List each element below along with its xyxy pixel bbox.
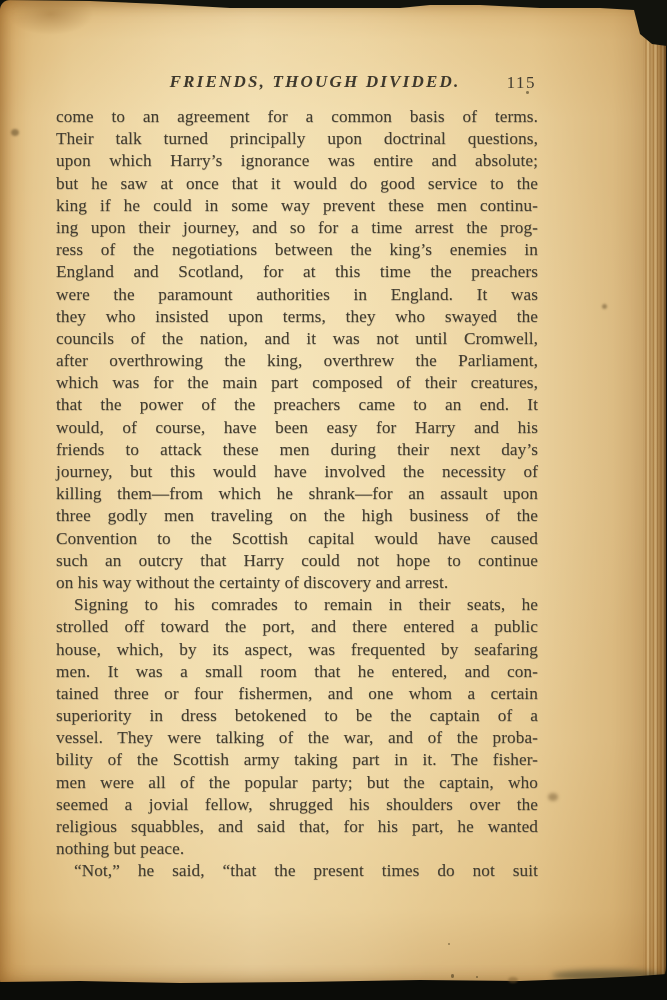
text-line: nothing but peace. xyxy=(56,838,538,860)
text-line: friends to attack these men during their… xyxy=(56,439,538,461)
text-line: were the paramount authorities in Englan… xyxy=(56,284,538,306)
text-line: king if he could in some way prevent the… xyxy=(56,195,538,217)
paper-speck xyxy=(526,91,529,94)
text-line: “Not,” he said, “that the present times … xyxy=(56,860,538,882)
paper-stain xyxy=(8,0,103,40)
text-line: they who insisted upon terms, they who s… xyxy=(56,306,538,328)
page-number: 115 xyxy=(507,73,536,93)
paper-speck xyxy=(11,129,19,136)
paper-speck xyxy=(548,793,558,801)
text-line: Signing to his comrades to remain in the… xyxy=(56,594,538,616)
text-line: after overthrowing the king, overthrew t… xyxy=(56,350,538,372)
text-line: superiority in dress betokened to be the… xyxy=(56,705,538,727)
text-line: upon which Harry’s ignorance was entire … xyxy=(56,150,538,172)
text-line: councils of the nation, and it was not u… xyxy=(56,328,538,350)
text-line: men were all of the popular party; but t… xyxy=(56,772,538,794)
text-line: that the power of the preachers came to … xyxy=(56,394,538,416)
paper-speck xyxy=(508,977,518,983)
text-line: vessel. They were talking of the war, an… xyxy=(56,727,538,749)
text-line: ress of the negotiations between the kin… xyxy=(56,239,538,261)
text-line: bility of the Scottish army taking part … xyxy=(56,749,538,771)
text-line: Convention to the Scottish capital would… xyxy=(56,528,538,550)
text-line: on his way without the certainty of disc… xyxy=(56,572,538,594)
page-body-text: come to an agreement for a common basis … xyxy=(56,106,538,883)
text-line: but he saw at once that it would do good… xyxy=(56,173,538,195)
text-line: Their talk turned principally upon doctr… xyxy=(56,128,538,150)
text-line: killing them—from which he shrank—for an… xyxy=(56,483,538,505)
text-line: such an outcry that Harry could not hope… xyxy=(56,550,538,572)
text-line: three godly men traveling on the high bu… xyxy=(56,505,538,527)
text-line: which was for the main part composed of … xyxy=(56,372,538,394)
text-line: come to an agreement for a common basis … xyxy=(56,106,538,128)
running-title: FRIENDS, THOUGH DIVIDED. xyxy=(170,72,461,92)
page-stack-edges xyxy=(643,34,666,986)
paper-speck xyxy=(602,304,607,309)
text-line: house, which, by its aspect, was frequen… xyxy=(56,639,538,661)
text-line: England and Scotland, for at this time t… xyxy=(56,261,538,283)
text-line: strolled off toward the port, and there … xyxy=(56,616,538,638)
paper-speck xyxy=(451,974,454,978)
text-line: would, of course, have been easy for Har… xyxy=(56,417,538,439)
text-line: men. It was a small room that he entered… xyxy=(56,661,538,683)
scanned-book-page: FRIENDS, THOUGH DIVIDED. 115 come to an … xyxy=(0,0,667,1000)
paper-speck xyxy=(476,976,478,978)
text-line: religious squabbles, and said that, for … xyxy=(56,816,538,838)
text-line: seemed a jovial fellow, shrugged his sho… xyxy=(56,794,538,816)
text-line: ing upon their journey, and so for a tim… xyxy=(56,217,538,239)
paper-speck xyxy=(448,943,450,945)
page-header: FRIENDS, THOUGH DIVIDED. 115 xyxy=(56,72,538,96)
text-line: journey, but this would have involved th… xyxy=(56,461,538,483)
text-line: tained three or four fishermen, and one … xyxy=(56,683,538,705)
